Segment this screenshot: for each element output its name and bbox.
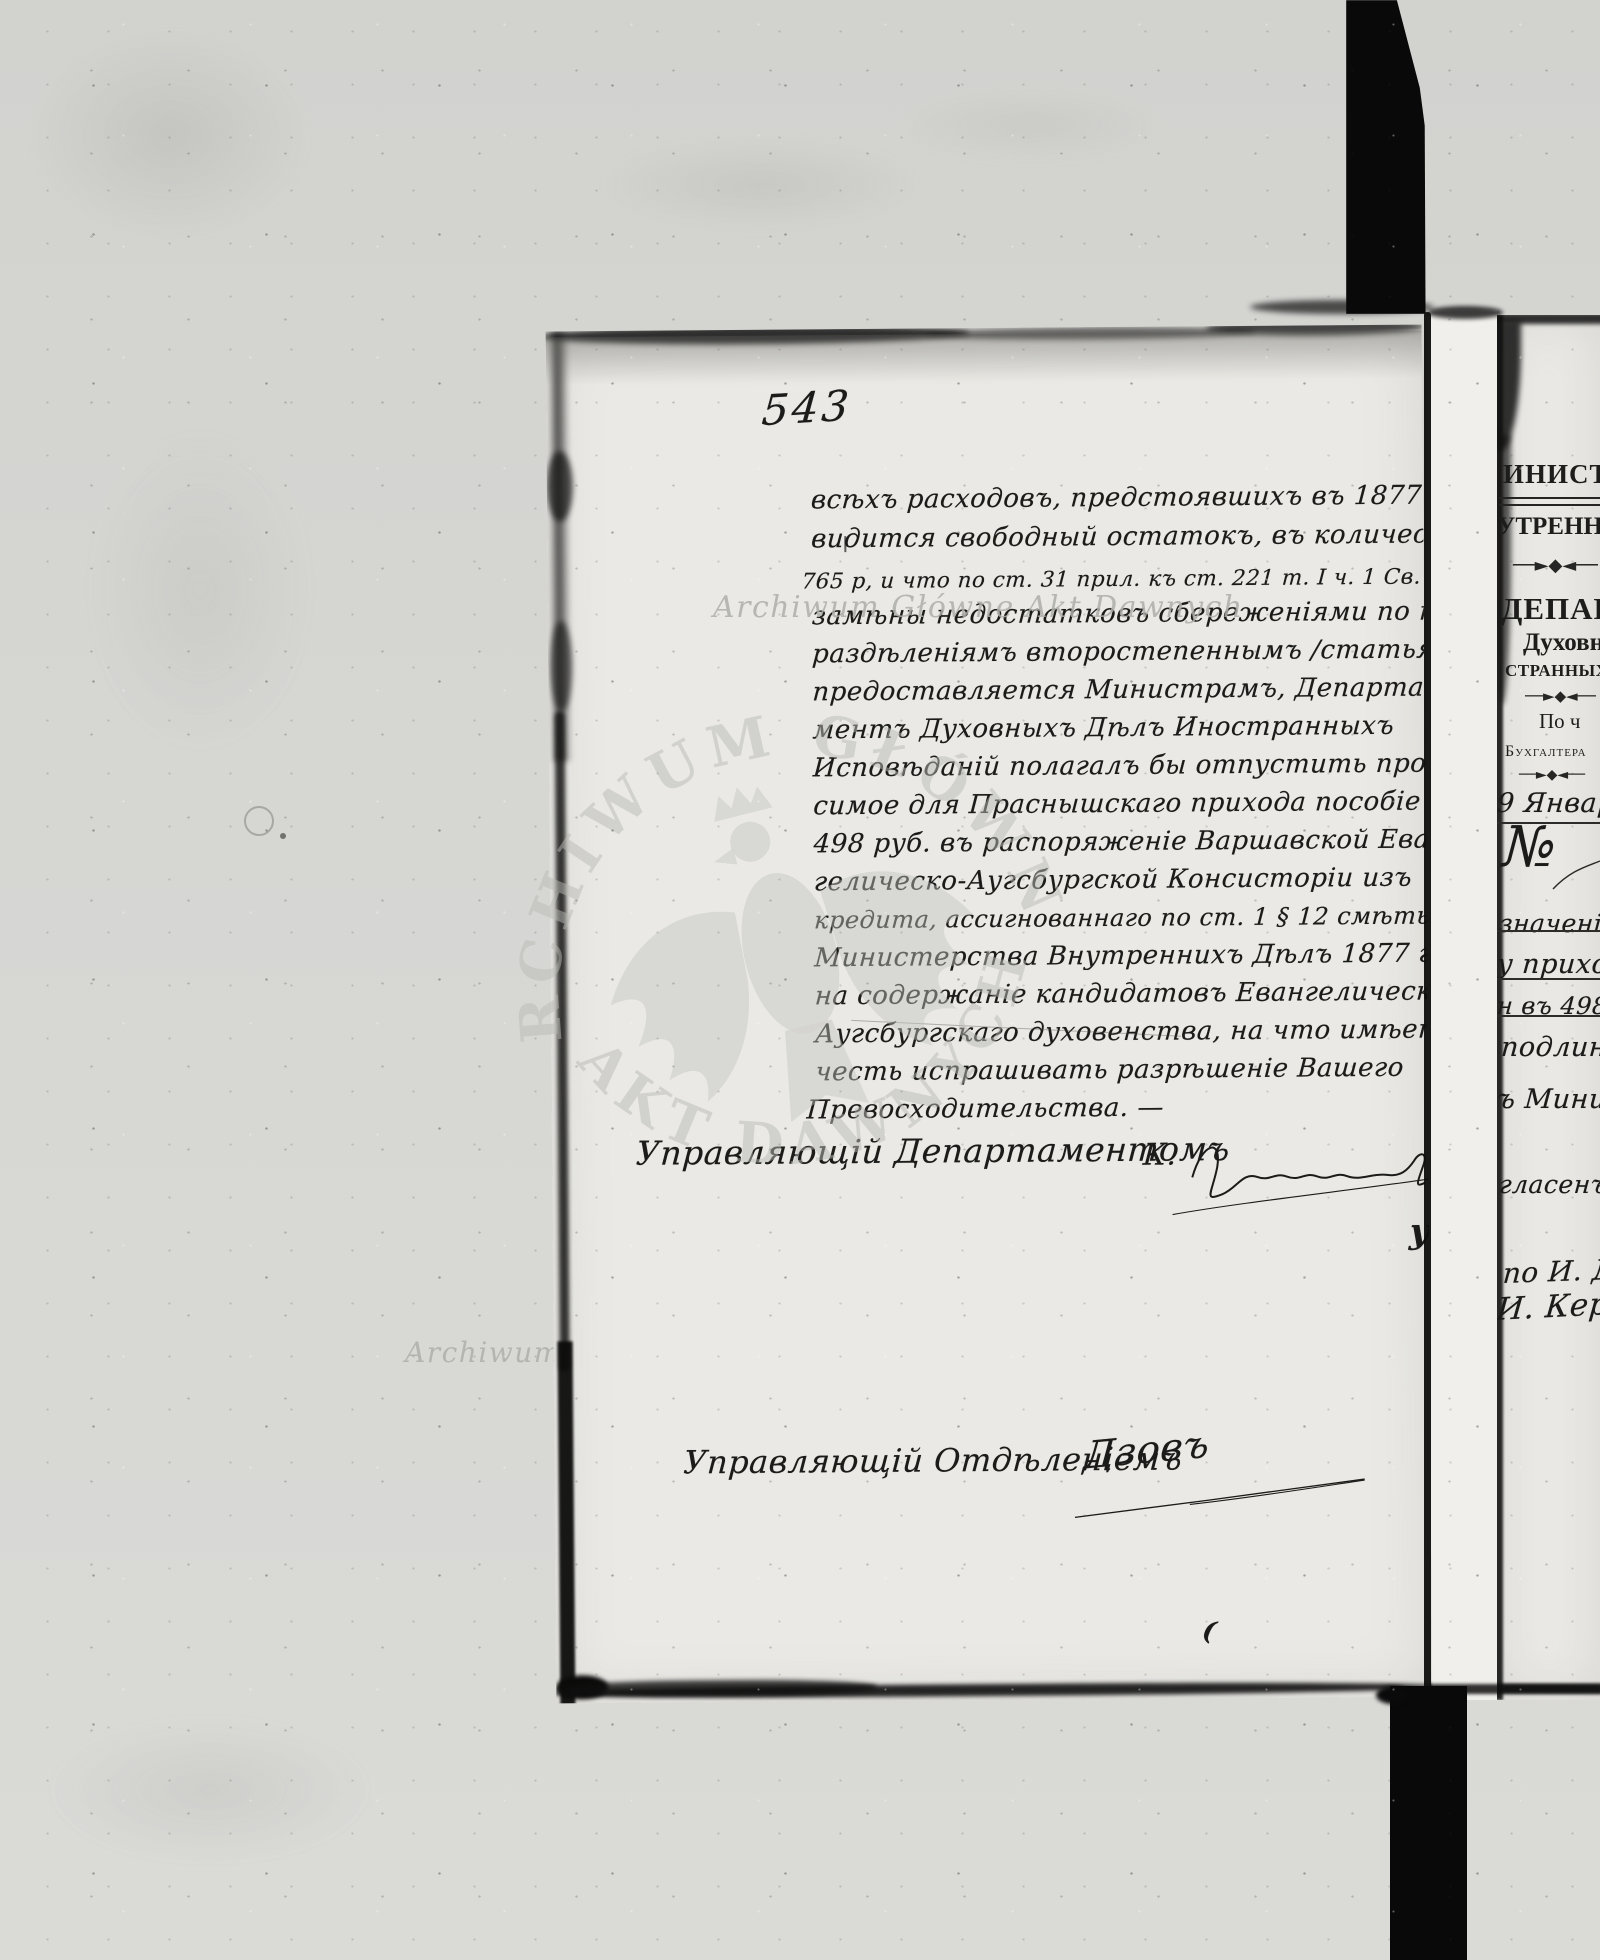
arrow-ornament: ──►◆◄── (1519, 767, 1585, 783)
spiritual-affairs-fragment: Духовны (1523, 629, 1600, 657)
interior-header-fragment: УТРЕННИ (1497, 513, 1600, 541)
director-signature-flourish (1162, 1130, 1432, 1232)
form-rule (1497, 930, 1600, 932)
handwriting-line: всѣхъ расходовъ, предстоявшихъ въ 1877 г… (810, 478, 1432, 518)
entry-prihod: у приход (1497, 948, 1600, 982)
number-flourish (1545, 843, 1600, 895)
arrow-ornament: ──►◆◄── (1525, 687, 1596, 705)
entry-podlinno: подлинно (1500, 1031, 1600, 1065)
background-stain (900, 90, 1160, 160)
entry-i-ker: И. Кер (1497, 1287, 1600, 1327)
page-edge-top (1497, 315, 1600, 324)
bookkeeper-label-fragment: Бухгалтера (1505, 743, 1587, 761)
entry-znachenii: значеніи (1498, 907, 1600, 941)
foreign-confessions-fragment: СТРАННЫХЪ (1505, 661, 1600, 681)
ministry-header-fragment: ИНИСТ (1503, 459, 1600, 490)
manuscript-right-edge-line (1424, 312, 1431, 1702)
page-edge-left (558, 1341, 576, 1703)
arrow-ornament: ──►◆◄── (1513, 555, 1598, 576)
entry-po-i-d: по И. Д (1502, 1253, 1600, 1291)
gap-top-smudge (1427, 306, 1503, 319)
background-stain (90, 430, 310, 750)
archival-scan: { "scan": { "page_number": "543", "water… (0, 0, 1600, 1960)
entry-minis: ъ Минис (1497, 1083, 1600, 1117)
handwriting-line: видится свободный остатокъ, въ количеств… (810, 517, 1432, 556)
section-signature-flourish (1070, 1463, 1380, 1527)
page-spine-gap (1427, 310, 1497, 1700)
film-band-bottom (1390, 1686, 1467, 1960)
ring-stain (244, 806, 274, 836)
page-number: 543 (761, 389, 853, 428)
entry-glasen: гласенъ (1498, 1168, 1600, 1202)
film-band-junction-blob (1376, 1686, 1410, 1704)
form-rule (1497, 978, 1600, 980)
background-stain (50, 1720, 370, 1860)
entry-498: н въ 498 р (1497, 989, 1600, 1023)
header-double-rule (1499, 497, 1600, 506)
ink-speck (280, 833, 286, 839)
background-stain (600, 140, 920, 230)
page-edge-left-blob (1497, 321, 1521, 451)
page-top-shadow (546, 331, 1422, 386)
form-rule (1497, 1015, 1600, 1017)
watermark-text: Archiwum Główne Akt Dawnych (713, 590, 1244, 625)
page-edge-left-blob (547, 451, 574, 521)
printed-page: ИНИСТ УТРЕННИ ──►◆◄── ДЕПАРТА Духовны СТ… (1497, 315, 1600, 1700)
po-ch-label-fragment: По ч (1539, 709, 1580, 734)
department-header-fragment: ДЕПАРТА (1501, 591, 1600, 627)
stray-ink-mark: ( (1199, 1613, 1219, 1649)
film-band-top (1346, 0, 1428, 314)
background-stain (30, 30, 310, 240)
